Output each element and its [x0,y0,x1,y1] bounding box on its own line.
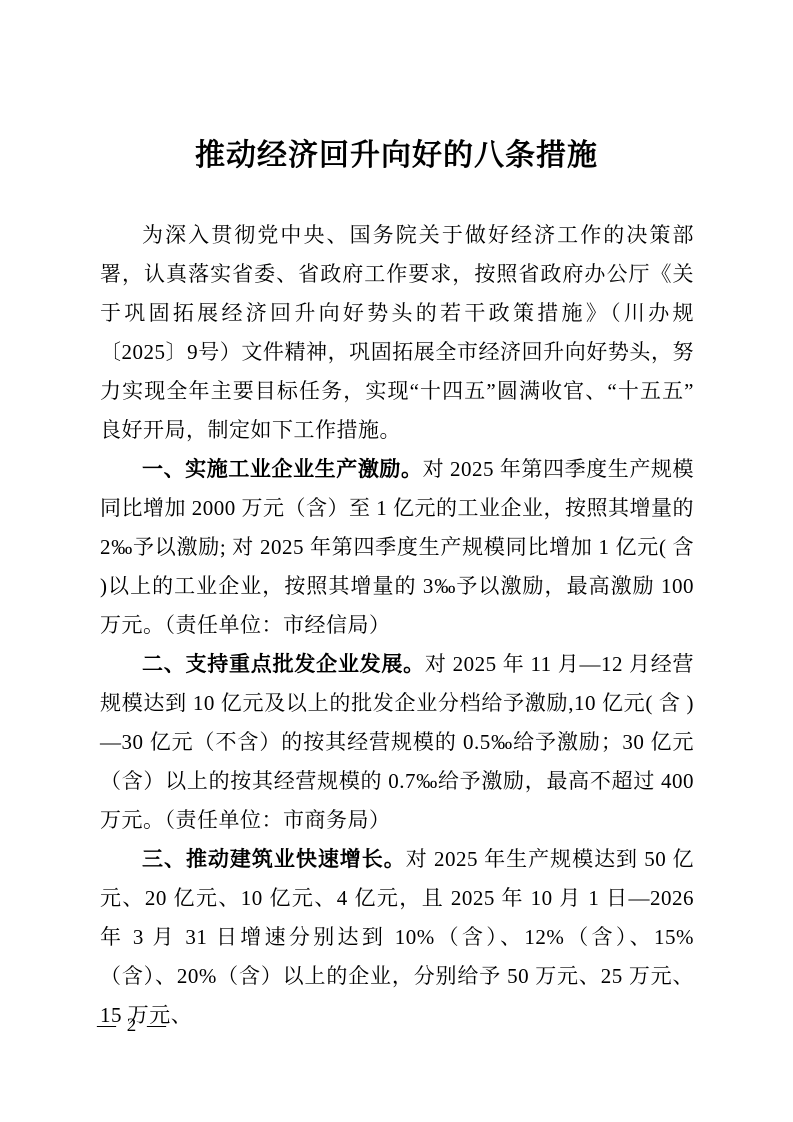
measure-1-text: 对 2025 年第四季度生产规模同比增加 2000 万元（含）至 1 亿元的工业… [100,457,694,637]
document-page: 推动经济回升向好的八条措施 为深入贯彻党中央、国务院关于做好经济工作的决策部署，… [0,0,793,1122]
measure-2-heading: 二、支持重点批发企业发展。 [142,653,425,676]
page-number: — 2 — [97,1012,169,1040]
measure-2-paragraph: 二、支持重点批发企业发展。对 2025 年 11 月—12 月经营规模达到 10… [100,645,694,840]
measure-1-paragraph: 一、实施工业企业生产激励。对 2025 年第四季度生产规模同比增加 2000 万… [100,450,694,645]
intro-paragraph: 为深入贯彻党中央、国务院关于做好经济工作的决策部署，认真落实省委、省政府工作要求… [100,216,694,450]
measure-2-text: 对 2025 年 11 月—12 月经营规模达到 10 亿元及以上的批发企业分档… [100,652,694,832]
measure-3-text: 对 2025 年生产规模达到 50 亿元、20 亿元、10 亿元、4 亿元，且 … [100,847,694,1027]
document-body: 为深入贯彻党中央、国务院关于做好经济工作的决策部署，认真落实省委、省政府工作要求… [100,216,694,1035]
intro-paragraph-text: 为深入贯彻党中央、国务院关于做好经济工作的决策部署，认真落实省委、省政府工作要求… [100,223,694,442]
measure-3-heading: 三、推动建筑业快速增长。 [142,848,406,871]
document-title: 推动经济回升向好的八条措施 [0,136,793,176]
measure-1-heading: 一、实施工业企业生产激励。 [142,458,423,481]
measure-3-paragraph: 三、推动建筑业快速增长。对 2025 年生产规模达到 50 亿元、20 亿元、1… [100,840,694,1035]
